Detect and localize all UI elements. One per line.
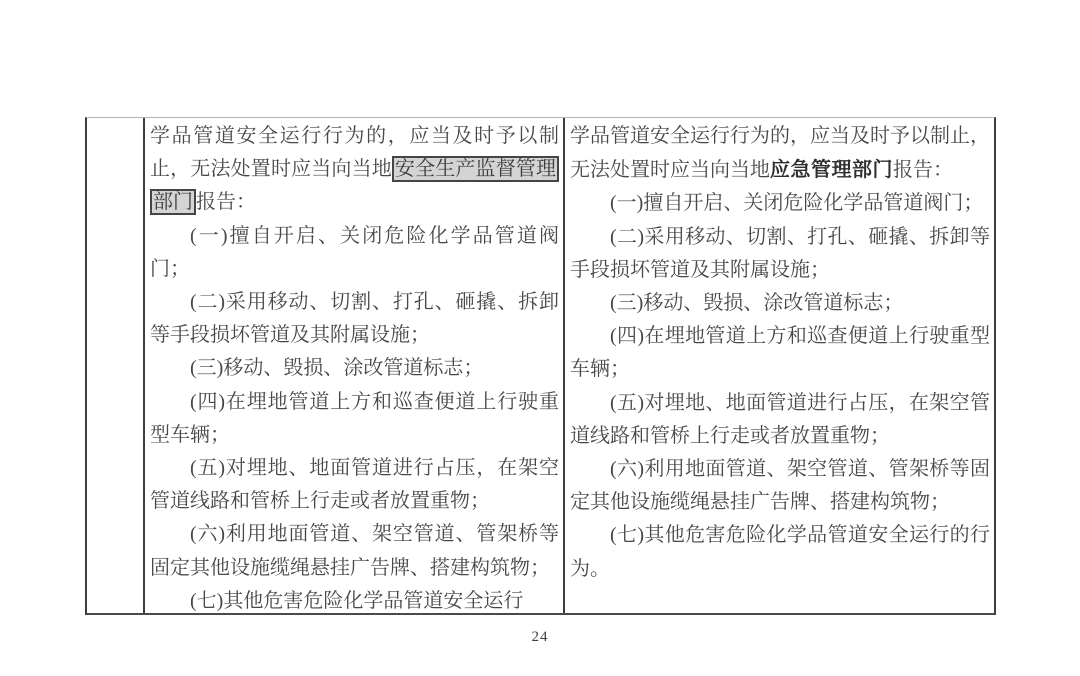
- text-run: 报告：: [893, 159, 953, 181]
- text-paragraph: (六)利用地面管道、架空管道、管架桥等固定其他设施缆绳悬挂广告牌、搭建构筑物；: [150, 518, 559, 584]
- text-paragraph: (五)对埋地、地面管道进行占压，在架空管道线路和管桥上行走或者放置重物；: [570, 387, 990, 453]
- text-run: (六)利用地面管道、架空管道、管架桥等固定其他设施缆绳悬挂广告牌、搭建构筑物；: [570, 458, 990, 513]
- text-paragraph: (六)利用地面管道、架空管道、管架桥等固定其他设施缆绳悬挂广告牌、搭建构筑物；: [570, 453, 990, 519]
- text-paragraph: (五)对埋地、地面管道进行占压，在架空管道线路和管桥上行走或者放置重物；: [150, 452, 559, 518]
- text-run: (四)在埋地管道上方和巡查便道上行驶重型车辆；: [570, 325, 990, 380]
- text-run: (五)对埋地、地面管道进行占压，在架空管道线路和管桥上行走或者放置重物；: [570, 392, 990, 447]
- revision-bold-text: 应急管理部门: [770, 157, 893, 181]
- text-run: (二)采用移动、切割、打孔、砸撬、拆卸等手段损坏管道及其附属设施；: [150, 291, 559, 346]
- text-paragraph: (二)采用移动、切割、打孔、砸撬、拆卸等手段损坏管道及其附属设施；: [570, 221, 990, 287]
- old-version-cell: 学品管道安全运行行为的，应当及时予以制止，无法处置时应当向当地安全生产监督管理部…: [145, 118, 565, 613]
- text-run: (三)移动、毁损、涂改管道标志；: [190, 357, 483, 379]
- text-paragraph: (七)其他危害危险化学品管道安全运行: [150, 585, 559, 613]
- text-paragraph: (二)采用移动、切割、打孔、砸撬、拆卸等手段损坏管道及其附属设施；: [150, 286, 559, 352]
- text-run: (二)采用移动、切割、打孔、砸撬、拆卸等手段损坏管道及其附属设施；: [570, 226, 990, 281]
- text-run: (五)对埋地、地面管道进行占压，在架空管道线路和管桥上行走或者放置重物；: [150, 457, 559, 512]
- comparison-table: 学品管道安全运行行为的，应当及时予以制止，无法处置时应当向当地安全生产监督管理部…: [85, 117, 996, 615]
- text-paragraph: 学品管道安全运行行为的，应当及时予以制止，无法处置时应当向当地应急管理部门报告：: [570, 120, 990, 187]
- text-paragraph: (一)擅自开启、关闭危险化学品管道阀门；: [570, 187, 990, 220]
- text-paragraph: (七)其他危害危险化学品管道安全运行的行为。: [570, 519, 990, 585]
- text-paragraph: (四)在埋地管道上方和巡查便道上行驶重型车辆；: [150, 386, 559, 452]
- text-run: (七)其他危害危险化学品管道安全运行: [190, 590, 523, 612]
- text-run: (四)在埋地管道上方和巡查便道上行驶重型车辆；: [150, 391, 559, 446]
- row-number-cell: [87, 118, 145, 613]
- text-run: (三)移动、毁损、涂改管道标志；: [610, 292, 903, 314]
- document-page: 学品管道安全运行行为的，应当及时予以制止，无法处置时应当向当地安全生产监督管理部…: [0, 0, 1080, 676]
- text-run: (一)擅自开启、关闭危险化学品管道阀门；: [610, 192, 983, 214]
- text-paragraph: (三)移动、毁损、涂改管道标志；: [570, 287, 990, 320]
- text-run: (一)擅自开启、关闭危险化学品管道阀门；: [150, 225, 559, 280]
- new-version-cell: 学品管道安全运行行为的，应当及时予以制止，无法处置时应当向当地应急管理部门报告：…: [565, 118, 994, 613]
- text-run: 报告：: [196, 191, 256, 213]
- text-paragraph: (一)擅自开启、关闭危险化学品管道阀门；: [150, 220, 559, 286]
- text-paragraph: (四)在埋地管道上方和巡查便道上行驶重型车辆；: [570, 320, 990, 386]
- text-run: (七)其他危害危险化学品管道安全运行的行为。: [570, 524, 990, 579]
- text-paragraph: 学品管道安全运行行为的，应当及时予以制止，无法处置时应当向当地安全生产监督管理部…: [150, 120, 559, 220]
- page-number: 24: [0, 629, 1080, 646]
- text-run: (六)利用地面管道、架空管道、管架桥等固定其他设施缆绳悬挂广告牌、搭建构筑物；: [150, 523, 559, 578]
- text-paragraph: (三)移动、毁损、涂改管道标志；: [150, 352, 559, 385]
